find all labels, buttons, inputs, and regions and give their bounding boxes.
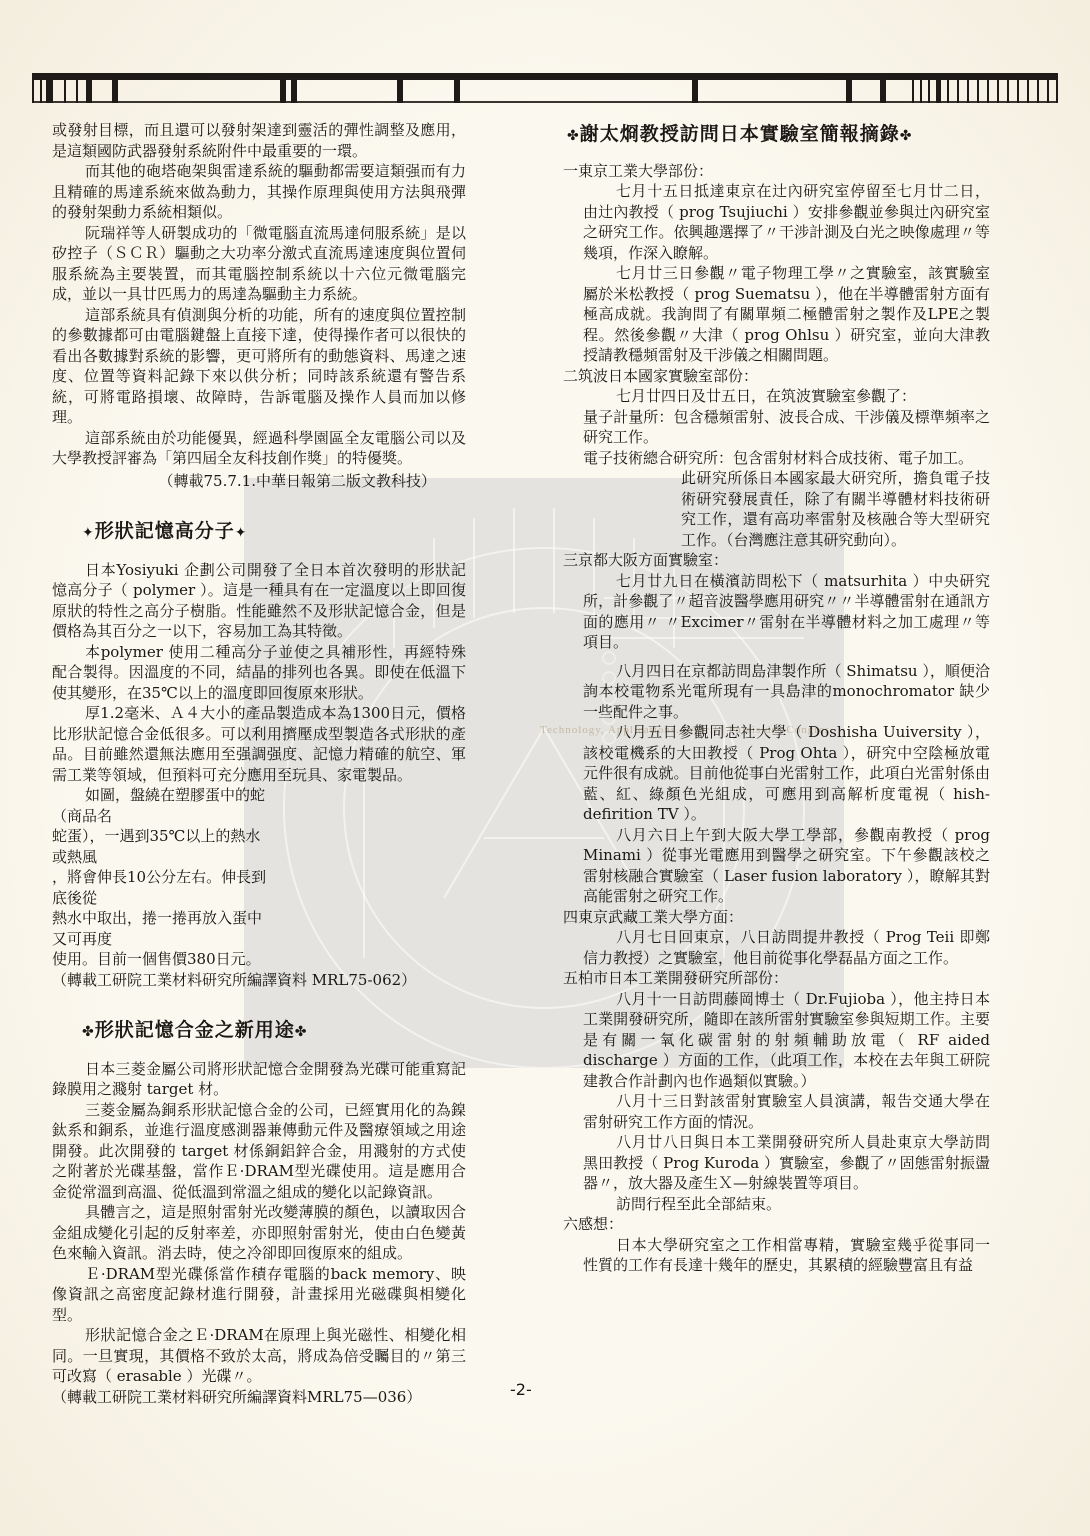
star-ornament-icon: ✦ [82,525,95,541]
flower-ornament-icon: ✤ [567,128,580,144]
flower-ornament-icon: ✤ [900,128,913,144]
intro-paragraph: 這部系統由於功能優異，經過科學園區全友電腦公司以及大學教授評審為「第四屆全友科技… [52,428,466,469]
intro-paragraph: 而其他的砲塔砲架與雷達系統的驅動都需要這類强而有力且精確的馬達系統來做為動力，其… [52,161,466,223]
report-paragraph: 日本大學研究室之工作相當專精，實驗室幾乎從事同一性質的工作有長達十幾年的歷史，其… [583,1235,990,1276]
article-paragraph: 日本Yosiyuki 企劃公司開發了全日本首次發明的形狀記憶高分子（ polym… [52,560,466,642]
institute-item: 量子計量所：包含穩頻雷射、波長合成、干涉儀及標準頻率之研究工作。 [583,407,990,448]
report-paragraph: 七月廿三日參觀〃電子物理工學〃之實驗室，該實驗室屬於米松教授（ prog Sue… [583,263,990,366]
source-citation: （轉載75.7.1.中華日報第二版文教科技） [52,471,466,492]
report-title: ✤謝太烱教授訪問日本實驗室簡報摘錄✤ [567,124,990,147]
report-paragraph: 訪問行程至此全部結束。 [583,1194,990,1215]
article-paragraph: 日本三菱金屬公司將形狀記憶合金開發為光碟可能重寫記錄膜用之濺射 target 材… [52,1059,466,1100]
institute-label: 量子計量所： [583,408,673,426]
right-column: ✤謝太烱教授訪問日本實驗室簡報摘錄✤ 一東京工業大學部份： 七月十五日抵達東京在… [575,120,990,1276]
intro-paragraph: 或發射目標，而且還可以發射架達到靈活的彈性調整及應用，是這類國防武器發射系統附件… [52,120,466,161]
article-paragraph: 具體言之，這是照射雷射光改變薄膜的顏色，以讀取因合金組成變化引起的反射率差，亦即… [52,1202,466,1264]
report-paragraph: 八月十三日對該雷射實驗室人員演講，報告交通大學在雷射研究工作方面的情況。 [583,1091,990,1132]
report-paragraph: 七月廿四日及廿五日，在筑波實驗室參觀了： [583,386,990,407]
intro-paragraph: 這部系統具有偵測與分析的功能，所有的速度與位置控制的參數據都可由電腦鍵盤上直接下… [52,305,466,428]
section-heading: 五柏市日本工業開發研究所部份： [563,968,990,989]
section-heading: 四東京武藏工業大學方面： [563,907,990,928]
institute-label: 電子技術總合研究所： [583,449,733,467]
article-paragraph: 形狀記憶合金之Ｅ·DRAM在原理上與光磁性、相變化相同。一旦實現，其價格不致於太… [52,1325,466,1387]
article-title-shape-memory-alloy: ✤形狀記憶合金之新用途✤ [82,1020,466,1043]
report-paragraph: 八月四日在京都訪問島津製作所（ Shimatsu ），順便洽詢本校電物系光電所現… [583,661,990,723]
section-heading: 一東京工業大學部份： [563,161,990,182]
intro-paragraph: 阮瑞祥等人研製成功的「微電腦直流馬達伺服系統」是以矽控子（ＳＣＲ）驅動之大功率分… [52,223,466,305]
snake-egg-paragraph: 如圖，盤繞在塑膠蛋中的蛇（商品名 蛇蛋），一遇到35℃以上的熱水或熱風 ，將會伸… [52,785,466,970]
article-paragraph: 本polymer 使用二種高分子並使之具補形性，再經特殊配合製得。因溫度的不同，… [52,642,466,704]
page-number: -2- [510,1380,532,1399]
institute-item: 電子技術總合研究所：包含雷射材料合成技術、電子加工。 [583,448,990,469]
report-paragraph: 七月十五日抵達東京在辻內研究室停留至七月廿二日，由辻內教授（ prog Tsuj… [583,181,990,263]
report-paragraph: 八月廿八日與日本工業開發研究所人員赴東京大學訪問黑田教授（ Prog Kurod… [583,1132,990,1194]
report-paragraph: 七月廿九日在橫濱訪問松下（ matsurhita ）中央研究所，計參觀了〃超音波… [583,571,990,653]
section-heading: 二筑波日本國家實驗室部份： [563,366,990,387]
section-heading: 三京都大阪方面實驗室： [563,550,990,571]
article-paragraph: 三菱金屬為銅系形狀記憶合金的公司，已經實用化的為鎳鈦系和銅系，並進行溫度感測器兼… [52,1100,466,1203]
section-heading: 六感想： [563,1214,990,1235]
report-paragraph: 八月六日上午到大阪大學工學部，參觀南教授（ prog Minami ）從事光電應… [583,825,990,907]
header-decorative-border [32,73,1058,103]
institute-description: 此研究所係日本國家最大研究所，擔負電子技術研究發展責任，除了有關半導體材料技術研… [583,468,990,550]
flower-ornament-icon: ✤ [295,1024,308,1040]
report-paragraph: 八月五日參觀同志社大學（ Doshisha Uuiversity ），該校電機系… [583,722,990,825]
report-paragraph: 八月十一日訪問藤岡博士（ Dr.Fujioba ），他主持日本工業開發研究所，隨… [583,989,990,1092]
article-title-shape-memory-polymer: ✦形狀記憶高分子✦ [82,521,466,544]
star-ornament-icon: ✦ [235,525,248,541]
source-citation: （轉載工研院工業材料研究所編譯資料 MRL75-062） [52,970,466,991]
report-paragraph: 八月七日回東京，八日訪問提井教授（ Prog Teii 即鄭信力教授）之實驗室，… [583,927,990,968]
left-column: 或發射目標，而且還可以發射架達到靈活的彈性調整及應用，是這類國防武器發射系統附件… [52,120,466,1407]
article-paragraph: 厚1.2毫米、Ａ４大小的產品製造成本為1300日元，價格比形狀記憶合金低很多。可… [52,703,466,785]
source-citation: （轉載工研院工業材料研究所編譯資料MRL75—036） [52,1387,466,1408]
article-paragraph: Ｅ·DRAM型光碟係當作積存電腦的back memory、映像資訊之高密度記錄材… [52,1264,466,1326]
flower-ornament-icon: ✤ [82,1024,95,1040]
